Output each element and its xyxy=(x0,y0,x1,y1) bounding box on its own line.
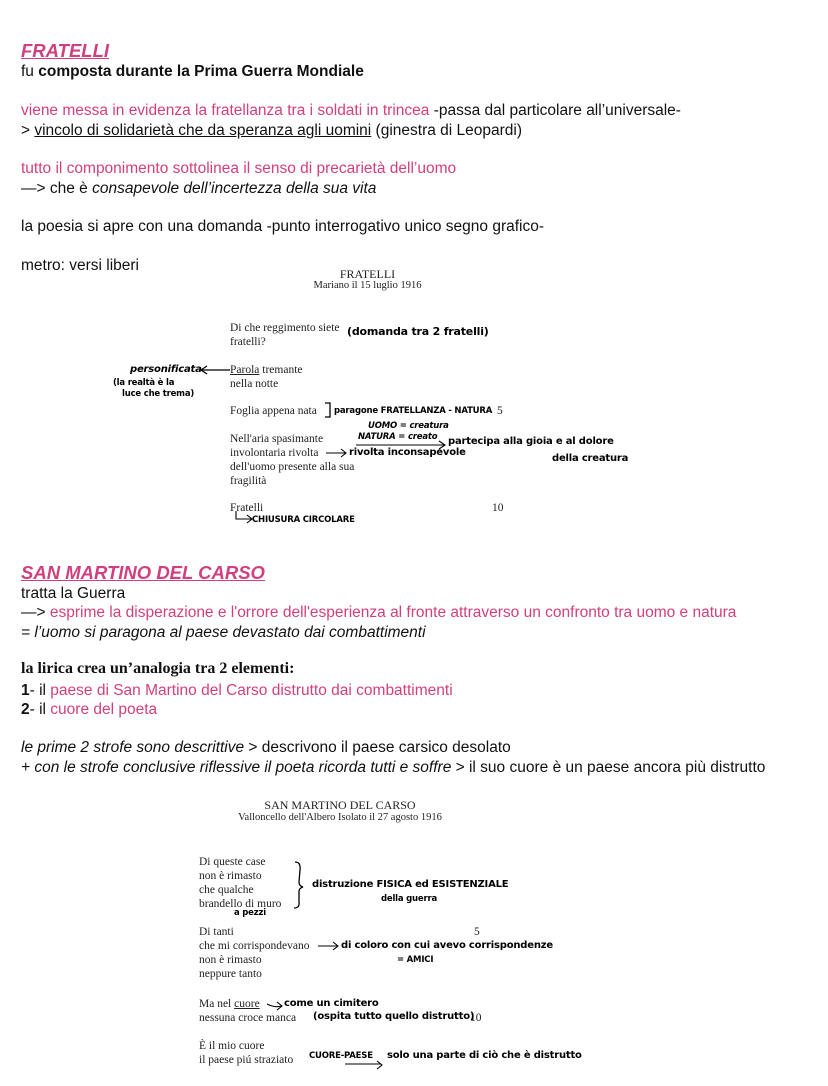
text: tremante xyxy=(259,364,302,376)
poem-verse: fratelli? xyxy=(230,335,266,350)
poem-verse: È il mio cuore xyxy=(199,1039,264,1054)
note-pezzi: a pezzi xyxy=(234,907,266,919)
arrow-right-icon xyxy=(318,941,340,951)
highlight-text: cuore del poeta xyxy=(50,701,157,718)
note-domanda: (domanda tra 2 fratelli) xyxy=(347,326,489,338)
text: - il xyxy=(30,682,51,699)
sm-list-item-2: 2- il cuore del poeta xyxy=(21,700,157,720)
arrow-curved-icon xyxy=(234,510,254,524)
arrow-right-icon xyxy=(345,1060,385,1070)
arrow-right-icon xyxy=(267,1000,283,1012)
poem-verse: Ma nel cuore xyxy=(199,997,260,1012)
underlined-word: Parola xyxy=(230,364,259,376)
note-paragone: paragone FRATELLANZA - NATURA xyxy=(334,405,492,417)
italic-text: le prime 2 strofe sono descrittive xyxy=(21,739,244,756)
poem-verse: Di queste case xyxy=(199,855,265,870)
bold-text: composta durante la Prima Guerra Mondial… xyxy=(38,63,364,80)
fratelli-line-meter: metro: versi liberi xyxy=(21,256,139,276)
text: fu xyxy=(21,63,38,80)
poem-title-san-martino: SAN MARTINO DEL CARSO xyxy=(240,798,440,813)
sm-line-comparison: = l’uomo si paragona al paese devastato … xyxy=(21,623,426,643)
note-amici: = AMICI xyxy=(397,954,433,966)
poem-verse: Parola tremante xyxy=(230,363,303,378)
fratelli-line-composition: fu composta durante la Prima Guerra Mond… xyxy=(21,62,364,82)
italic-text: + con le strofe conclusive riflessive il… xyxy=(21,759,451,776)
poem-verse: che qualche xyxy=(199,883,254,898)
poem-verse: non è rimasto xyxy=(199,869,262,884)
note-solo-parte: solo una parte di ciò che è distrutto xyxy=(387,1050,582,1062)
poem-verse: Foglia appena nata xyxy=(230,404,317,419)
text: —> xyxy=(21,604,50,621)
note-chiusura: CHIUSURA CIRCOLARE xyxy=(252,514,355,526)
section-title-san-martino: SAN MARTINO DEL CARSO xyxy=(21,562,265,584)
note-partecipa-1: partecipa alla gioia e al dolore xyxy=(448,436,614,448)
note-coloro: di coloro con cui avevo corrispondenze xyxy=(341,940,553,952)
fratelli-line-precarity: tutto il componimento sottolinea il sens… xyxy=(21,159,456,179)
note-rivolta: rivolta inconsapevole xyxy=(349,447,466,459)
poem-verse: il paese piú straziato xyxy=(199,1053,293,1068)
poem-verse: Di tanti xyxy=(199,925,234,940)
poem-verse: che mi corrispondevano xyxy=(199,939,310,954)
text: Ma nel xyxy=(199,998,234,1010)
text: > xyxy=(21,122,34,139)
note-distruzione-2: della guerra xyxy=(381,893,437,905)
text: > il suo cuore è un paese ancora più dis… xyxy=(451,759,765,776)
poem-verse: fragilità xyxy=(230,474,266,489)
text: - il xyxy=(30,701,51,718)
fratelli-line-brotherhood: viene messa in evidenza la fratellanza t… xyxy=(21,101,681,121)
bracket-icon xyxy=(324,402,332,418)
highlight-text: paese di San Martino del Carso distrutto… xyxy=(50,682,452,699)
note-partecipa-2: della creatura xyxy=(552,453,628,465)
note-cimitero: come un cimitero xyxy=(284,998,379,1010)
poem-verse: involontaria rivolta xyxy=(230,446,318,461)
note-realta-2: luce che trema) xyxy=(122,388,194,400)
text: —> che è xyxy=(21,180,92,197)
underlined-word: cuore xyxy=(234,998,260,1010)
line-number: 5 xyxy=(497,404,503,419)
poem-verse: nella notte xyxy=(230,377,278,392)
poem-verse: Nell'aria spasimante xyxy=(230,432,323,447)
arrow-left-icon xyxy=(198,364,232,376)
poem-verse: Di che reggimento siete xyxy=(230,321,340,336)
sm-line-war: tratta la Guerra xyxy=(21,584,125,604)
line-number: 5 xyxy=(474,925,480,940)
text: > descrivono il paese carsico desolato xyxy=(244,739,511,756)
sm-line-reflective: + con le strofe conclusive riflessive il… xyxy=(21,758,765,778)
note-ospita: (ospita tutto quello distrutto) xyxy=(313,1011,474,1023)
poem-subtitle-san-martino: Valloncello dell'Albero Isolato il 27 ag… xyxy=(215,812,465,823)
item-number: 2 xyxy=(21,701,30,718)
text: -passa dal particolare all’universale- xyxy=(429,102,681,119)
text: (ginestra di Leopardi) xyxy=(371,122,522,139)
poem-verse: neppure tanto xyxy=(199,967,262,982)
underlined-text: vincolo di solidarietà che da speranza a… xyxy=(34,122,371,139)
highlight-text: esprime la disperazione e l'orrore dell'… xyxy=(50,604,737,621)
arrow-right-icon xyxy=(326,448,348,458)
fratelli-line-solidarity: > vincolo di solidarietà che da speranza… xyxy=(21,121,522,141)
poem-verse: dell'uomo presente alla sua xyxy=(230,460,354,475)
sm-line-descriptive: le prime 2 strofe sono descrittive > des… xyxy=(21,738,511,758)
note-distruzione-1: distruzione FISICA ed ESISTENZIALE xyxy=(312,879,508,891)
italic-text: consapevole dell’incertezza della sua vi… xyxy=(92,180,376,197)
highlight-text: viene messa in evidenza la fratellanza t… xyxy=(21,102,429,119)
section-title-fratelli: FRATELLI xyxy=(21,40,109,62)
poem-verse: nessuna croce manca xyxy=(199,1011,296,1026)
fratelli-line-awareness: —> che è consapevole dell’incertezza del… xyxy=(21,179,376,199)
item-number: 1 xyxy=(21,682,30,699)
fratelli-line-question: la poesia si apre con una domanda -punto… xyxy=(21,217,544,237)
sm-line-analogy: la lirica crea un’analogia tra 2 element… xyxy=(21,660,294,678)
poem-verse: non è rimasto xyxy=(199,953,262,968)
sm-list-item-1: 1- il paese di San Martino del Carso dis… xyxy=(21,681,453,701)
note-personificata: personificata xyxy=(130,364,202,376)
brace-icon xyxy=(293,860,305,910)
sm-line-despair: —> esprime la disperazione e l'orrore de… xyxy=(21,603,736,623)
line-number: 10 xyxy=(492,501,504,516)
poem-subtitle-fratelli: Mariano il 15 luglio 1916 xyxy=(290,280,445,291)
